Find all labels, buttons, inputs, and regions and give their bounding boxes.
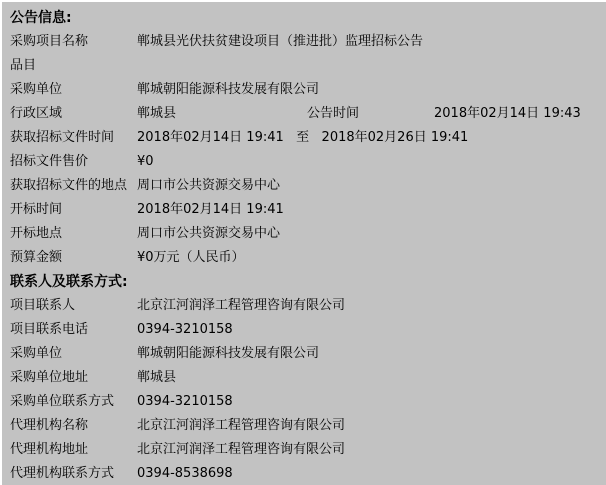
row-agency-address: 代理机构地址 北京江河润泽工程管理咨询有限公司: [10, 438, 606, 462]
row-agency-phone: 代理机构联系方式 0394-8538698: [10, 462, 606, 485]
announcement-section-title: 公告信息:: [10, 6, 606, 30]
row-region-and-publish-time: 行政区域 郸城县 公告时间 2018年02月14日 19:43: [10, 102, 606, 126]
row-label: 行政区域: [10, 102, 137, 126]
row-value: 2018年02月14日 19:41: [137, 198, 284, 222]
row-value: 郸城县: [137, 366, 176, 390]
contact-section-title: 联系人及联系方式:: [10, 270, 606, 294]
row-value: 郸城县光伏扶贫建设项目（推进批）监理招标公告: [137, 30, 423, 54]
row-value-secondary: 2018年02月14日 19:43: [434, 102, 581, 126]
row-label: 品目: [10, 54, 137, 78]
row-label: 开标地点: [10, 222, 137, 246]
row-label: 代理机构联系方式: [10, 462, 137, 485]
row-label: 代理机构名称: [10, 414, 137, 438]
row-value: 0394-8538698: [137, 462, 233, 485]
row-purchaser-name: 采购单位 郸城朝阳能源科技发展有限公司: [10, 342, 606, 366]
row-purchaser-address: 采购单位地址 郸城县: [10, 366, 606, 390]
row-document-obtain-place: 获取招标文件的地点 周口市公共资源交易中心: [10, 174, 606, 198]
row-label: 预算金额: [10, 246, 137, 270]
row-document-price: 招标文件售价 ¥0: [10, 150, 606, 174]
row-label: 项目联系人: [10, 294, 137, 318]
row-project-phone: 项目联系电话 0394-3210158: [10, 318, 606, 342]
row-label: 获取招标文件的地点: [10, 174, 137, 198]
row-budget-amount: 预算金额 ¥0万元（人民币）: [10, 246, 606, 270]
row-agency-name: 代理机构名称 北京江河润泽工程管理咨询有限公司: [10, 414, 606, 438]
row-project-contact: 项目联系人 北京江河润泽工程管理咨询有限公司: [10, 294, 606, 318]
row-value: 周口市公共资源交易中心: [137, 174, 280, 198]
row-value: ¥0万元（人民币）: [137, 246, 245, 270]
row-label: 采购单位联系方式: [10, 390, 137, 414]
row-bid-opening-place: 开标地点 周口市公共资源交易中心: [10, 222, 606, 246]
row-purchaser-phone: 采购单位联系方式 0394-3210158: [10, 390, 606, 414]
row-label: 开标时间: [10, 198, 137, 222]
row-value: 北京江河润泽工程管理咨询有限公司: [137, 294, 345, 318]
row-bid-opening-time: 开标时间 2018年02月14日 19:41: [10, 198, 606, 222]
row-value: 0394-3210158: [137, 318, 233, 342]
row-label: 代理机构地址: [10, 438, 137, 462]
row-label: 采购单位地址: [10, 366, 137, 390]
row-value: 郸城县: [137, 102, 307, 126]
row-label-secondary: 公告时间: [307, 102, 434, 126]
row-label: 招标文件售价: [10, 150, 137, 174]
row-label: 项目联系电话: [10, 318, 137, 342]
row-category: 品目: [10, 54, 606, 78]
row-value: 郸城朝阳能源科技发展有限公司: [137, 78, 319, 102]
row-value: 0394-3210158: [137, 390, 233, 414]
row-project-name: 采购项目名称 郸城县光伏扶贫建设项目（推进批）监理招标公告: [10, 30, 606, 54]
row-label: 采购单位: [10, 342, 137, 366]
row-label: 采购单位: [10, 78, 137, 102]
row-value: 周口市公共资源交易中心: [137, 222, 280, 246]
row-value: 郸城朝阳能源科技发展有限公司: [137, 342, 319, 366]
row-value: 北京江河润泽工程管理咨询有限公司: [137, 438, 345, 462]
row-value: ¥0: [137, 150, 154, 174]
announcement-panel: 公告信息: 采购项目名称 郸城县光伏扶贫建设项目（推进批）监理招标公告 品目 采…: [2, 2, 606, 485]
row-document-obtain-time: 获取招标文件时间 2018年02月14日 19:41 至 2018年02月26日…: [10, 126, 606, 150]
row-value: 北京江河润泽工程管理咨询有限公司: [137, 414, 345, 438]
row-label: 获取招标文件时间: [10, 126, 137, 150]
row-value: 2018年02月14日 19:41 至 2018年02月26日 19:41: [137, 126, 468, 150]
row-label: 采购项目名称: [10, 30, 137, 54]
row-purchaser: 采购单位 郸城朝阳能源科技发展有限公司: [10, 78, 606, 102]
page: 公告信息: 采购项目名称 郸城县光伏扶贫建设项目（推进批）监理招标公告 品目 采…: [0, 0, 606, 485]
